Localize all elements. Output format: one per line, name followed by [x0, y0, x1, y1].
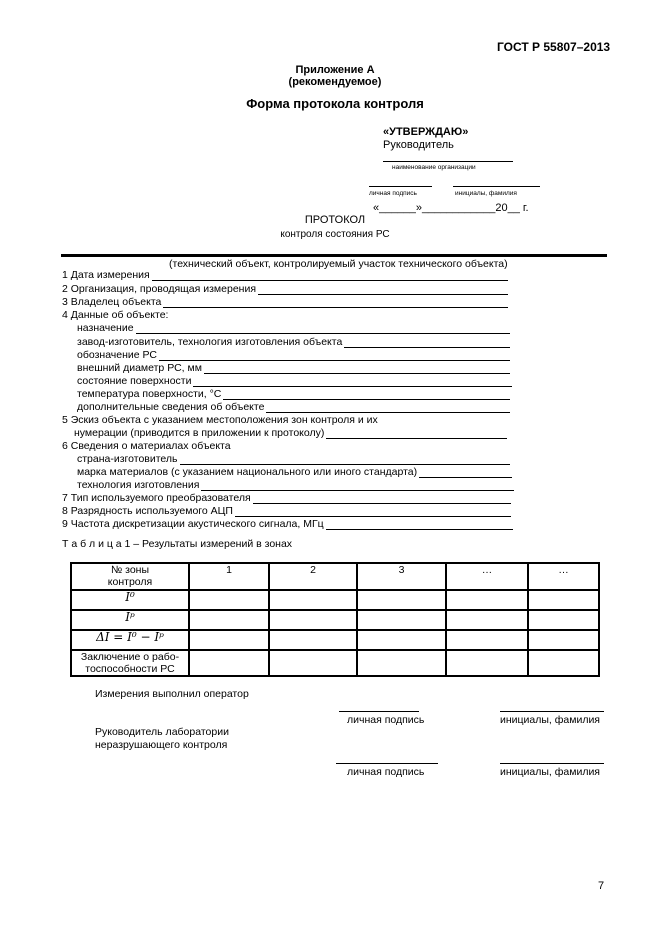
form-field-row: 1 Дата измерения — [62, 269, 150, 282]
lab-head-line2: неразрушающего контроля — [95, 739, 227, 751]
form-field-input-line[interactable] — [204, 373, 510, 374]
header-zone-cell: № зоны контроля — [71, 563, 189, 590]
table-row: Заключение о рабо- тоспособности РС — [71, 650, 599, 676]
form-field-row: завод-изготовитель, технология изготовле… — [77, 336, 342, 349]
form-field-label: дополнительные сведения об объекте — [77, 401, 264, 414]
form-field-row: нумерации (приводится в приложении к про… — [74, 427, 324, 440]
cell[interactable] — [357, 630, 446, 650]
form-field-label: 3 Владелец объекта — [62, 296, 161, 309]
form-field-label: 8 Разрядность используемого АЦП — [62, 505, 233, 518]
cell[interactable] — [269, 650, 357, 676]
cell[interactable] — [189, 650, 269, 676]
form-field-input-line[interactable] — [180, 464, 510, 465]
approver-signature-caption: личная подпись — [369, 190, 417, 197]
cell[interactable] — [357, 610, 446, 630]
appendix-status: (рекомендуемое) — [230, 76, 440, 88]
form-field-label: 2 Организация, проводящая измерения — [62, 283, 256, 296]
form-field-row: 8 Разрядность используемого АЦП — [62, 505, 233, 518]
approver-name-line[interactable] — [453, 186, 540, 187]
form-field-label: 4 Данные об объекте: — [62, 309, 168, 322]
table-row: Iᵖ — [71, 610, 599, 630]
form-field-input-line[interactable] — [253, 503, 511, 504]
form-field-input-line[interactable] — [163, 307, 508, 308]
cell[interactable] — [528, 630, 599, 650]
results-table: № зоны контроля 1 2 3 … … I⁰ Iᵖ ΔI = I⁰ … — [70, 562, 600, 677]
form-field-input-line[interactable] — [235, 516, 511, 517]
lab-head-signature-caption: личная подпись — [347, 766, 424, 778]
header-col-3: 3 — [357, 563, 446, 590]
protocol-title: ПРОТОКОЛ — [270, 214, 400, 226]
form-field-row: 4 Данные об объекте: — [62, 309, 168, 322]
approver-name-caption: инициалы, фамилия — [455, 190, 517, 197]
cell[interactable] — [269, 630, 357, 650]
cell[interactable] — [446, 590, 528, 610]
header-zone-line1: № зоны — [72, 564, 188, 576]
form-field-row: 2 Организация, проводящая измерения — [62, 283, 256, 296]
row-label-ip: Iᵖ — [71, 610, 189, 630]
cell[interactable] — [446, 610, 528, 630]
form-field-input-line[interactable] — [258, 294, 508, 295]
lab-head-name-caption: инициалы, фамилия — [500, 766, 600, 778]
approver-position: Руководитель — [383, 139, 454, 151]
form-field-row: страна-изготовитель — [77, 453, 178, 466]
operator-name-line[interactable] — [500, 711, 604, 712]
cell[interactable] — [528, 590, 599, 610]
cell[interactable] — [189, 590, 269, 610]
row-label-conclusion: Заключение о рабо- тоспособности РС — [71, 650, 189, 676]
form-field-row: 3 Владелец объекта — [62, 296, 161, 309]
cell[interactable] — [528, 650, 599, 676]
form-field-row: дополнительные сведения об объекте — [77, 401, 264, 414]
approver-signature-line[interactable] — [369, 186, 432, 187]
form-field-input-line[interactable] — [223, 399, 510, 400]
cell[interactable] — [189, 610, 269, 630]
form-field-row: внешний диаметр РС, мм — [77, 362, 202, 375]
form-field-label: внешний диаметр РС, мм — [77, 362, 202, 375]
form-field-row: 9 Частота дискретизации акустического си… — [62, 518, 324, 531]
lab-head-signature-line[interactable] — [336, 763, 438, 764]
form-field-input-line[interactable] — [419, 477, 512, 478]
header-col-5: … — [528, 563, 599, 590]
form-field-label: обозначение РС — [77, 349, 157, 362]
form-field-label: 1 Дата измерения — [62, 269, 150, 282]
form-field-row: обозначение РС — [77, 349, 157, 362]
cell[interactable] — [446, 630, 528, 650]
operator-signature-caption: личная подпись — [347, 714, 424, 726]
form-field-input-line[interactable] — [266, 412, 510, 413]
form-field-input-line[interactable] — [326, 438, 507, 439]
header-zone-line2: контроля — [72, 576, 188, 588]
table-row: ΔI = I⁰ − Iᵖ — [71, 630, 599, 650]
form-field-label: нумерации (приводится в приложении к про… — [74, 427, 324, 440]
table-header-row: № зоны контроля 1 2 3 … … — [71, 563, 599, 590]
form-field-label: завод-изготовитель, технология изготовле… — [77, 336, 342, 349]
form-field-label: 7 Тип используемого преобразователя — [62, 492, 251, 505]
form-field-input-line[interactable] — [136, 333, 510, 334]
org-name-caption: наименование организации — [392, 164, 476, 171]
lab-head-name-line[interactable] — [500, 763, 604, 764]
org-name-line[interactable] — [383, 161, 513, 162]
form-field-row: состояние поверхности — [77, 375, 191, 388]
form-field-label: назначение — [77, 322, 134, 335]
header-col-1: 1 — [189, 563, 269, 590]
cell[interactable] — [357, 590, 446, 610]
cell[interactable] — [357, 650, 446, 676]
form-field-label: 6 Сведения о материалах объекта — [62, 440, 231, 453]
cell[interactable] — [446, 650, 528, 676]
form-field-input-line[interactable] — [159, 360, 510, 361]
form-field-input-line[interactable] — [193, 386, 512, 387]
approve-stamp: «УТВЕРЖДАЮ» — [383, 126, 468, 138]
approval-date[interactable]: «______»____________20__ г. — [373, 202, 529, 214]
form-field-row: температура поверхности, °С — [77, 388, 221, 401]
conclusion-line2: тоспособности РС — [72, 663, 188, 675]
cell[interactable] — [269, 590, 357, 610]
form-field-row: 5 Эскиз объекта с указанием местоположен… — [62, 414, 378, 427]
form-field-label: марка материалов (с указанием национальн… — [77, 466, 417, 479]
form-field-label: состояние поверхности — [77, 375, 191, 388]
page-number: 7 — [598, 880, 604, 892]
table-caption: Т а б л и ц а 1 – Результаты измерений в… — [62, 538, 292, 550]
form-field-row: технология изготовления — [77, 479, 199, 492]
form-field-input-line[interactable] — [326, 529, 513, 530]
form-field-row: 7 Тип используемого преобразователя — [62, 492, 251, 505]
form-field-input-line[interactable] — [152, 280, 508, 281]
form-title: Форма протокола контроля — [200, 96, 470, 111]
cell[interactable] — [528, 610, 599, 630]
standard-code: ГОСТ Р 55807–2013 — [497, 40, 610, 54]
object-name-line[interactable] — [61, 254, 607, 257]
lab-head-line1: Руководитель лаборатории — [95, 726, 229, 738]
table-row: I⁰ — [71, 590, 599, 610]
header-col-4: … — [446, 563, 528, 590]
form-field-label: технология изготовления — [77, 479, 199, 492]
form-field-input-line[interactable] — [344, 347, 510, 348]
form-field-label: температура поверхности, °С — [77, 388, 221, 401]
form-field-label: страна-изготовитель — [77, 453, 178, 466]
operator-signature-line[interactable] — [339, 711, 419, 712]
operator-label: Измерения выполнил оператор — [95, 688, 249, 700]
row-label-delta: ΔI = I⁰ − Iᵖ — [71, 630, 189, 650]
cell[interactable] — [269, 610, 357, 630]
form-field-label: 9 Частота дискретизации акустического си… — [62, 518, 324, 531]
object-caption: (технический объект, контролируемый учас… — [169, 258, 508, 270]
protocol-subtitle: контроля состояния РС — [250, 229, 420, 240]
form-field-row: 6 Сведения о материалах объекта — [62, 440, 231, 453]
form-field-row: марка материалов (с указанием национальн… — [77, 466, 417, 479]
appendix-title: Приложение А — [230, 64, 440, 76]
header-col-2: 2 — [269, 563, 357, 590]
cell[interactable] — [189, 630, 269, 650]
form-field-row: назначение — [77, 322, 134, 335]
row-label-i0: I⁰ — [71, 590, 189, 610]
form-field-input-line[interactable] — [201, 490, 514, 491]
form-field-label: 5 Эскиз объекта с указанием местоположен… — [62, 414, 378, 427]
operator-name-caption: инициалы, фамилия — [500, 714, 600, 726]
conclusion-line1: Заключение о рабо- — [72, 651, 188, 663]
